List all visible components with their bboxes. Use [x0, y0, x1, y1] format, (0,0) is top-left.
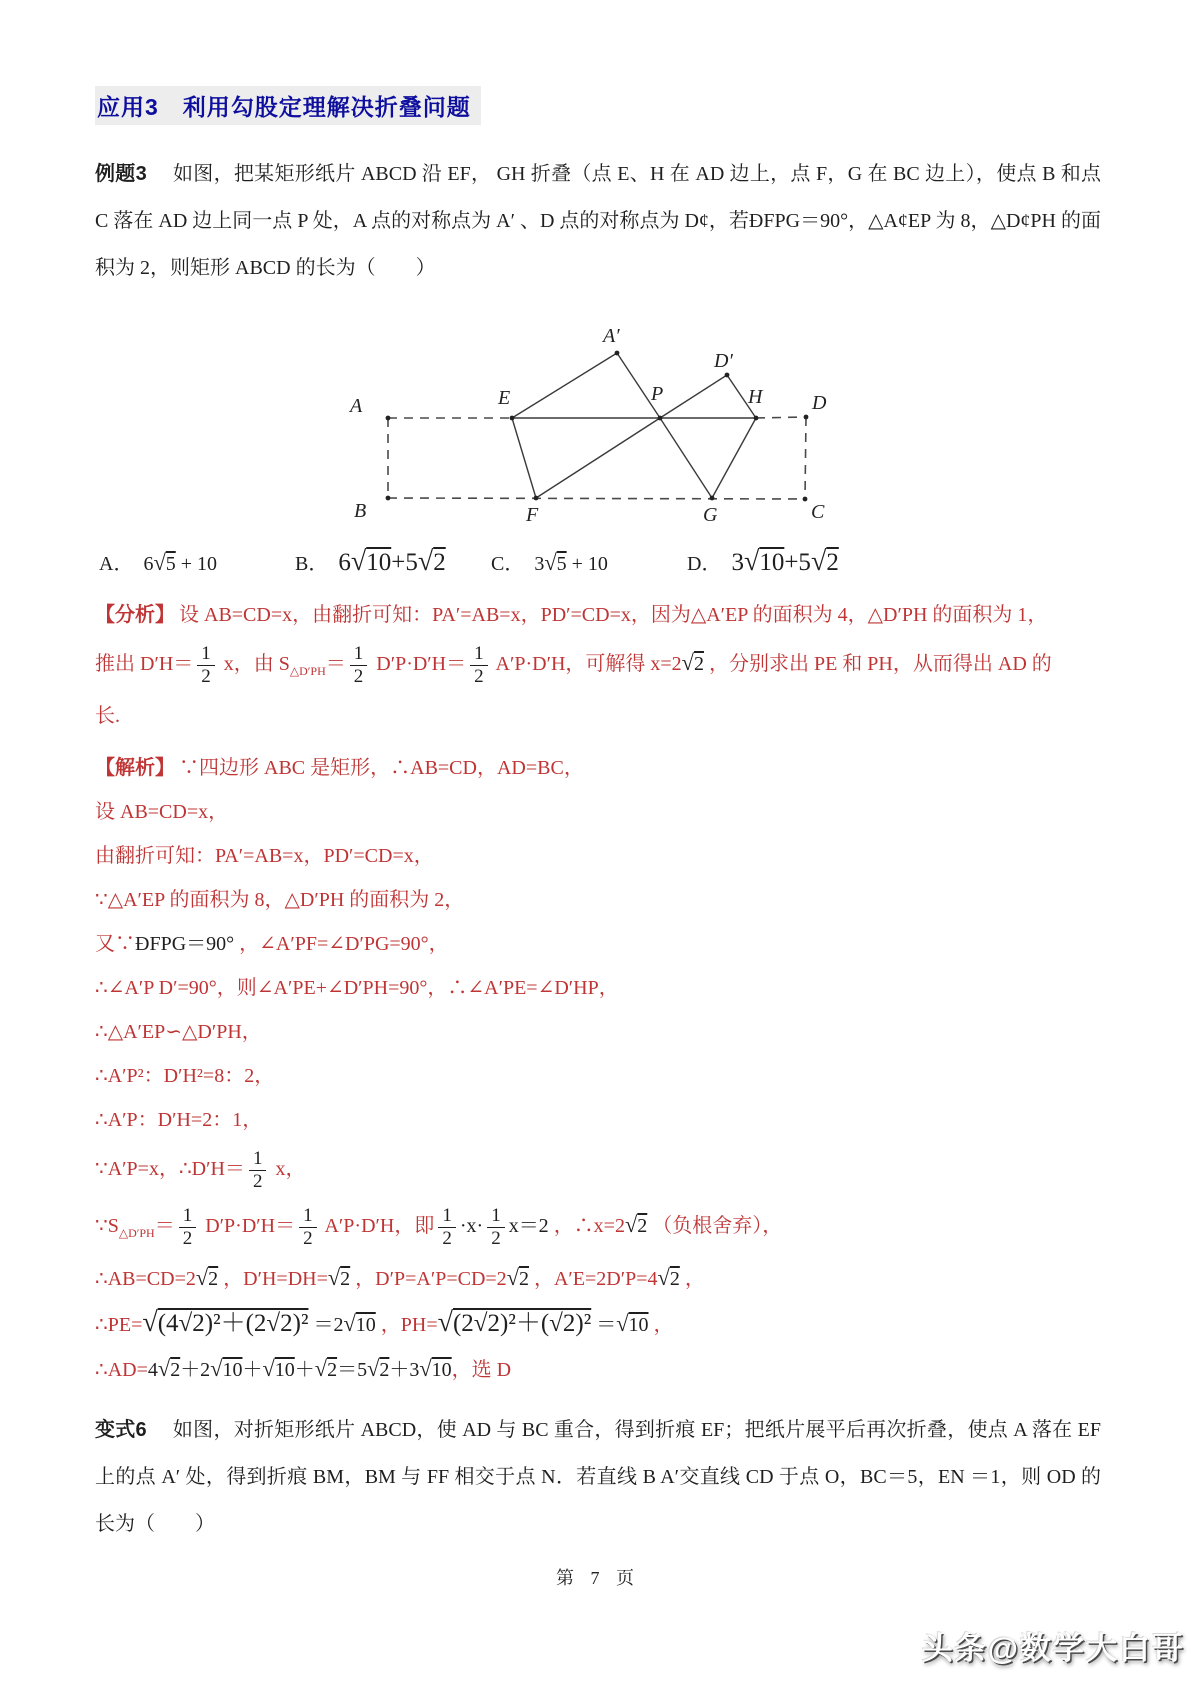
text-line: 由翻折可知：PA′=AB=x，PD′=CD=x， [95, 841, 1101, 871]
svg-text:C: C [811, 501, 825, 523]
option-c-formula: 3√5 + 10 [534, 553, 608, 575]
svg-text:P: P [650, 383, 663, 405]
text-line: ∴A′P²：D′H²=8：2， [95, 1061, 1101, 1091]
option-d-formula: 3√10+5√2 [731, 549, 838, 576]
svg-text:D: D [811, 392, 827, 414]
option-d: D．3√10+5√2 [687, 546, 1101, 578]
text-line: ∴△A′EP∽△D′PH， [95, 1017, 1101, 1047]
text-line: ∵A′P=x，∴D′H＝12 x， [95, 1149, 1101, 1192]
text-line: 【解析】∵四边形 ABC 是矩形，∴AB=CD，AD=BC， [95, 753, 1101, 783]
option-a: A．6√5 + 10 [99, 547, 295, 576]
text-line: 设 AB=CD=x， [95, 797, 1101, 827]
text-line: 又∵ÐFPG＝90° ，∠A′PF=∠D′PG=90°， [95, 929, 1101, 959]
svg-text:F: F [525, 504, 539, 526]
text-line: 推出 D′H＝12 x，由 S△D′PH＝12 D′P·D′H＝12 A′P·D… [95, 644, 1101, 687]
text-line: 【分析】设 AB=CD=x，由翻折可知：PA′=AB=x，PD′=CD=x，因为… [95, 600, 1101, 630]
variant-paragraph: 变式6如图，对折矩形纸片 ABCD，使 AD 与 BC 重合，得到折痕 EF；把… [95, 1407, 1101, 1548]
problem-label: 例题3 [95, 163, 147, 185]
problem-text: 如图，把某矩形纸片 ABCD 沿 EF， GH 折叠（点 E、H 在 AD 边上… [95, 163, 1101, 279]
text-line: ∴AD=4√2＋2√10＋√10＋√2＝5√2＋3√10，选 D [95, 1354, 1101, 1385]
option-b-label: B． [295, 553, 328, 575]
text-line: ∴AB=CD=2√2 ，D′H=DH=√2 ，D′P=A′P=CD=2√2 ，A… [95, 1263, 1101, 1294]
svg-text:G: G [703, 504, 718, 526]
option-c-label: C． [491, 553, 524, 575]
text-line: ∴A′P：D′H=2：1， [95, 1105, 1101, 1135]
solution-section: 【解析】∵四边形 ABC 是矩形，∴AB=CD，AD=BC，设 AB=CD=x，… [95, 753, 1101, 1385]
page-number: 第 7 页 [95, 1564, 1101, 1590]
svg-text:H: H [747, 386, 764, 408]
text-line: 长. [95, 701, 1101, 731]
problem-paragraph: 例题3如图，把某矩形纸片 ABCD 沿 EF， GH 折叠（点 E、H 在 AD… [95, 151, 1101, 292]
block-label: 【分析】 [95, 604, 175, 626]
analysis-section: 【分析】设 AB=CD=x，由翻折可知：PA′=AB=x，PD′=CD=x，因为… [95, 600, 1101, 731]
svg-text:E: E [497, 387, 510, 409]
variant-label: 变式6 [95, 1419, 147, 1441]
svg-text:A: A [348, 395, 363, 417]
watermark: 头条@数学大白哥 [922, 1623, 1185, 1668]
options-row: A．6√5 + 10 B．6√10+5√2 C．3√5 + 10 D．3√10+… [99, 546, 1101, 578]
option-a-formula: 6√5 + 10 [143, 553, 217, 575]
svg-text:D′: D′ [713, 350, 733, 372]
figure-container: ABCDEFGHPA′D′ [338, 298, 1101, 530]
text-line: ∴PE=√(4√2)²＋(2√2)² ＝2√10 ，PH=√(2√2)²＋(√2… [95, 1308, 1101, 1340]
variant-text: 如图，对折矩形纸片 ABCD，使 AD 与 BC 重合，得到折痕 EF；把纸片展… [95, 1419, 1101, 1535]
text-line: ∵S△D′PH＝12 D′P·D′H＝12 A′P·D′H，即12·x·12x＝… [95, 1206, 1101, 1249]
section-heading: 应用3 利用勾股定理解决折叠问题 [95, 86, 481, 125]
option-a-label: A． [99, 553, 133, 575]
option-d-label: D． [687, 553, 721, 575]
document-page: 应用3 利用勾股定理解决折叠问题 例题3如图，把某矩形纸片 ABCD 沿 EF，… [0, 0, 1191, 1684]
svg-text:A′: A′ [601, 325, 620, 347]
option-c: C．3√5 + 10 [491, 547, 687, 576]
option-b: B．6√10+5√2 [295, 546, 491, 578]
geometry-figure: ABCDEFGHPA′D′ [338, 298, 830, 530]
text-line: ∵△A′EP 的面积为 8，△D′PH 的面积为 2， [95, 885, 1101, 915]
block-label: 【解析】 [95, 757, 175, 779]
text-line: ∴∠A′P D′=90°，则∠A′PE+∠D′PH=90°，∴∠A′PE=∠D′… [95, 973, 1101, 1003]
svg-text:B: B [354, 500, 366, 522]
option-b-formula: 6√10+5√2 [338, 549, 445, 576]
